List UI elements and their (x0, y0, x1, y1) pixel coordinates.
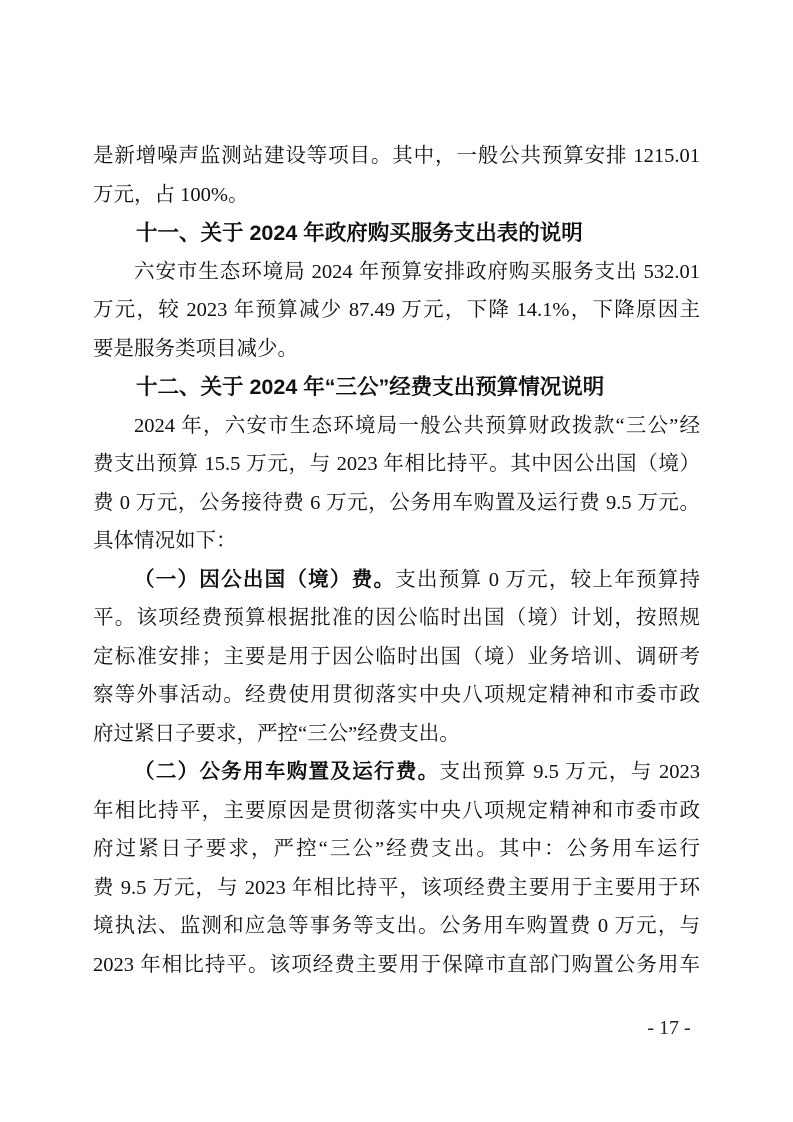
text-line-content: 支出预算 0 万元，较上年预算持 (395, 569, 700, 591)
text-line-content: 2024 年，六安市生态环境局一般公共预算财政拨款“三公”经 (134, 415, 700, 437)
text-line-content: 支出预算 9.5 万元，与 2023 (439, 761, 700, 783)
text-line: 要是服务类项目减少。 (93, 330, 700, 369)
text-line-content: 定标准安排；主要是用于因公临时出国（境）业务培训、调研考 (93, 646, 700, 668)
text-line-content: 府过紧日子要求，严控“三公”经费支出。 (93, 723, 460, 745)
text-line: 费支出预算 15.5 万元，与 2023 年相比持平。其中因公出国（境） (93, 445, 700, 484)
text-line: 费 9.5 万元，与 2023 年相比持平，该项经费主要用于主要用于环 (93, 869, 700, 908)
text-line-content: 具体情况如下： (93, 530, 237, 552)
text-line: 是新增噪声监测站建设等项目。其中，一般公共预算安排 1215.01 (93, 137, 700, 176)
text-line-content: 境执法、监测和应急等事务等支出。公务用车购置费 0 万元，与 (93, 915, 700, 937)
text-line: （一）因公出国（境）费。支出预算 0 万元，较上年预算持 (93, 561, 700, 600)
text-line: 费 0 万元，公务接待费 6 万元，公务用车购置及运行费 9.5 万元。 (93, 484, 700, 523)
text-line: 2023 年相比持平。该项经费主要用于保障市直部门购置公务用车 (93, 946, 700, 985)
text-line: 十一、关于 2024 年政府购买服务支出表的说明 (93, 214, 700, 253)
text-line-content: 平。该项经费预算根据批准的因公临时出国（境）计划，按照规 (93, 607, 700, 629)
document-body: 是新增噪声监测站建设等项目。其中，一般公共预算安排 1215.01万元，占 10… (93, 137, 700, 984)
text-line-content: 年相比持平，主要原因是贯彻落实中央八项规定精神和市委市政 (93, 800, 700, 822)
text-line: 2024 年，六安市生态环境局一般公共预算财政拨款“三公”经 (93, 407, 700, 446)
text-line: 万元，占 100%。 (93, 176, 700, 215)
text-line: 年相比持平，主要原因是贯彻落实中央八项规定精神和市委市政 (93, 792, 700, 831)
text-line-content: 是新增噪声监测站建设等项目。其中，一般公共预算安排 1215.01 (93, 145, 700, 167)
text-line-content: 2023 年相比持平。该项经费主要用于保障市直部门购置公务用车 (93, 954, 700, 976)
text-line-content: 十一、关于 2024 年政府购买服务支出表的说明 (136, 221, 583, 245)
text-line: 六安市生态环境局 2024 年预算安排政府购买服务支出 532.01 (93, 253, 700, 292)
text-line-content: 察等外事活动。经费使用贯彻落实中央八项规定精神和市委市政 (93, 684, 700, 706)
text-line: 平。该项经费预算根据批准的因公临时出国（境）计划，按照规 (93, 599, 700, 638)
text-line: 察等外事活动。经费使用贯彻落实中央八项规定精神和市委市政 (93, 676, 700, 715)
text-line-content: 费支出预算 15.5 万元，与 2023 年相比持平。其中因公出国（境） (93, 453, 700, 475)
text-line-content: 万元，占 100%。 (93, 184, 248, 206)
text-line: 境执法、监测和应急等事务等支出。公务用车购置费 0 万元，与 (93, 907, 700, 946)
text-line-content: 费 9.5 万元，与 2023 年相比持平，该项经费主要用于主要用于环 (93, 877, 700, 899)
text-line-content: 十二、关于 2024 年“三公”经费支出预算情况说明 (136, 375, 604, 399)
paragraph-lead-label: （二）公务用车购置及运行费。 (134, 760, 439, 783)
text-line: 具体情况如下： (93, 522, 700, 561)
text-line-content: 要是服务类项目减少。 (93, 338, 298, 360)
text-line: 府过紧日子要求，严控“三公”经费支出。其中：公务用车运行 (93, 830, 700, 869)
text-line: 府过紧日子要求，严控“三公”经费支出。 (93, 715, 700, 754)
text-line-content: 六安市生态环境局 2024 年预算安排政府购买服务支出 532.01 (134, 261, 700, 283)
document-page: 是新增噪声监测站建设等项目。其中，一般公共预算安排 1215.01万元，占 10… (0, 0, 793, 1122)
text-line: （二）公务用车购置及运行费。支出预算 9.5 万元，与 2023 (93, 753, 700, 792)
text-line: 万元，较 2023 年预算减少 87.49 万元，下降 14.1%，下降原因主 (93, 291, 700, 330)
text-line: 定标准安排；主要是用于因公临时出国（境）业务培训、调研考 (93, 638, 700, 677)
text-line-content: 府过紧日子要求，严控“三公”经费支出。其中：公务用车运行 (93, 838, 700, 860)
paragraph-lead-label: （一）因公出国（境）费。 (134, 568, 395, 591)
text-line-content: 费 0 万元，公务接待费 6 万元，公务用车购置及运行费 9.5 万元。 (93, 492, 700, 514)
text-line-content: 万元，较 2023 年预算减少 87.49 万元，下降 14.1%，下降原因主 (93, 299, 700, 321)
text-line: 十二、关于 2024 年“三公”经费支出预算情况说明 (93, 368, 700, 407)
page-number: - 17 - (596, 1014, 742, 1042)
